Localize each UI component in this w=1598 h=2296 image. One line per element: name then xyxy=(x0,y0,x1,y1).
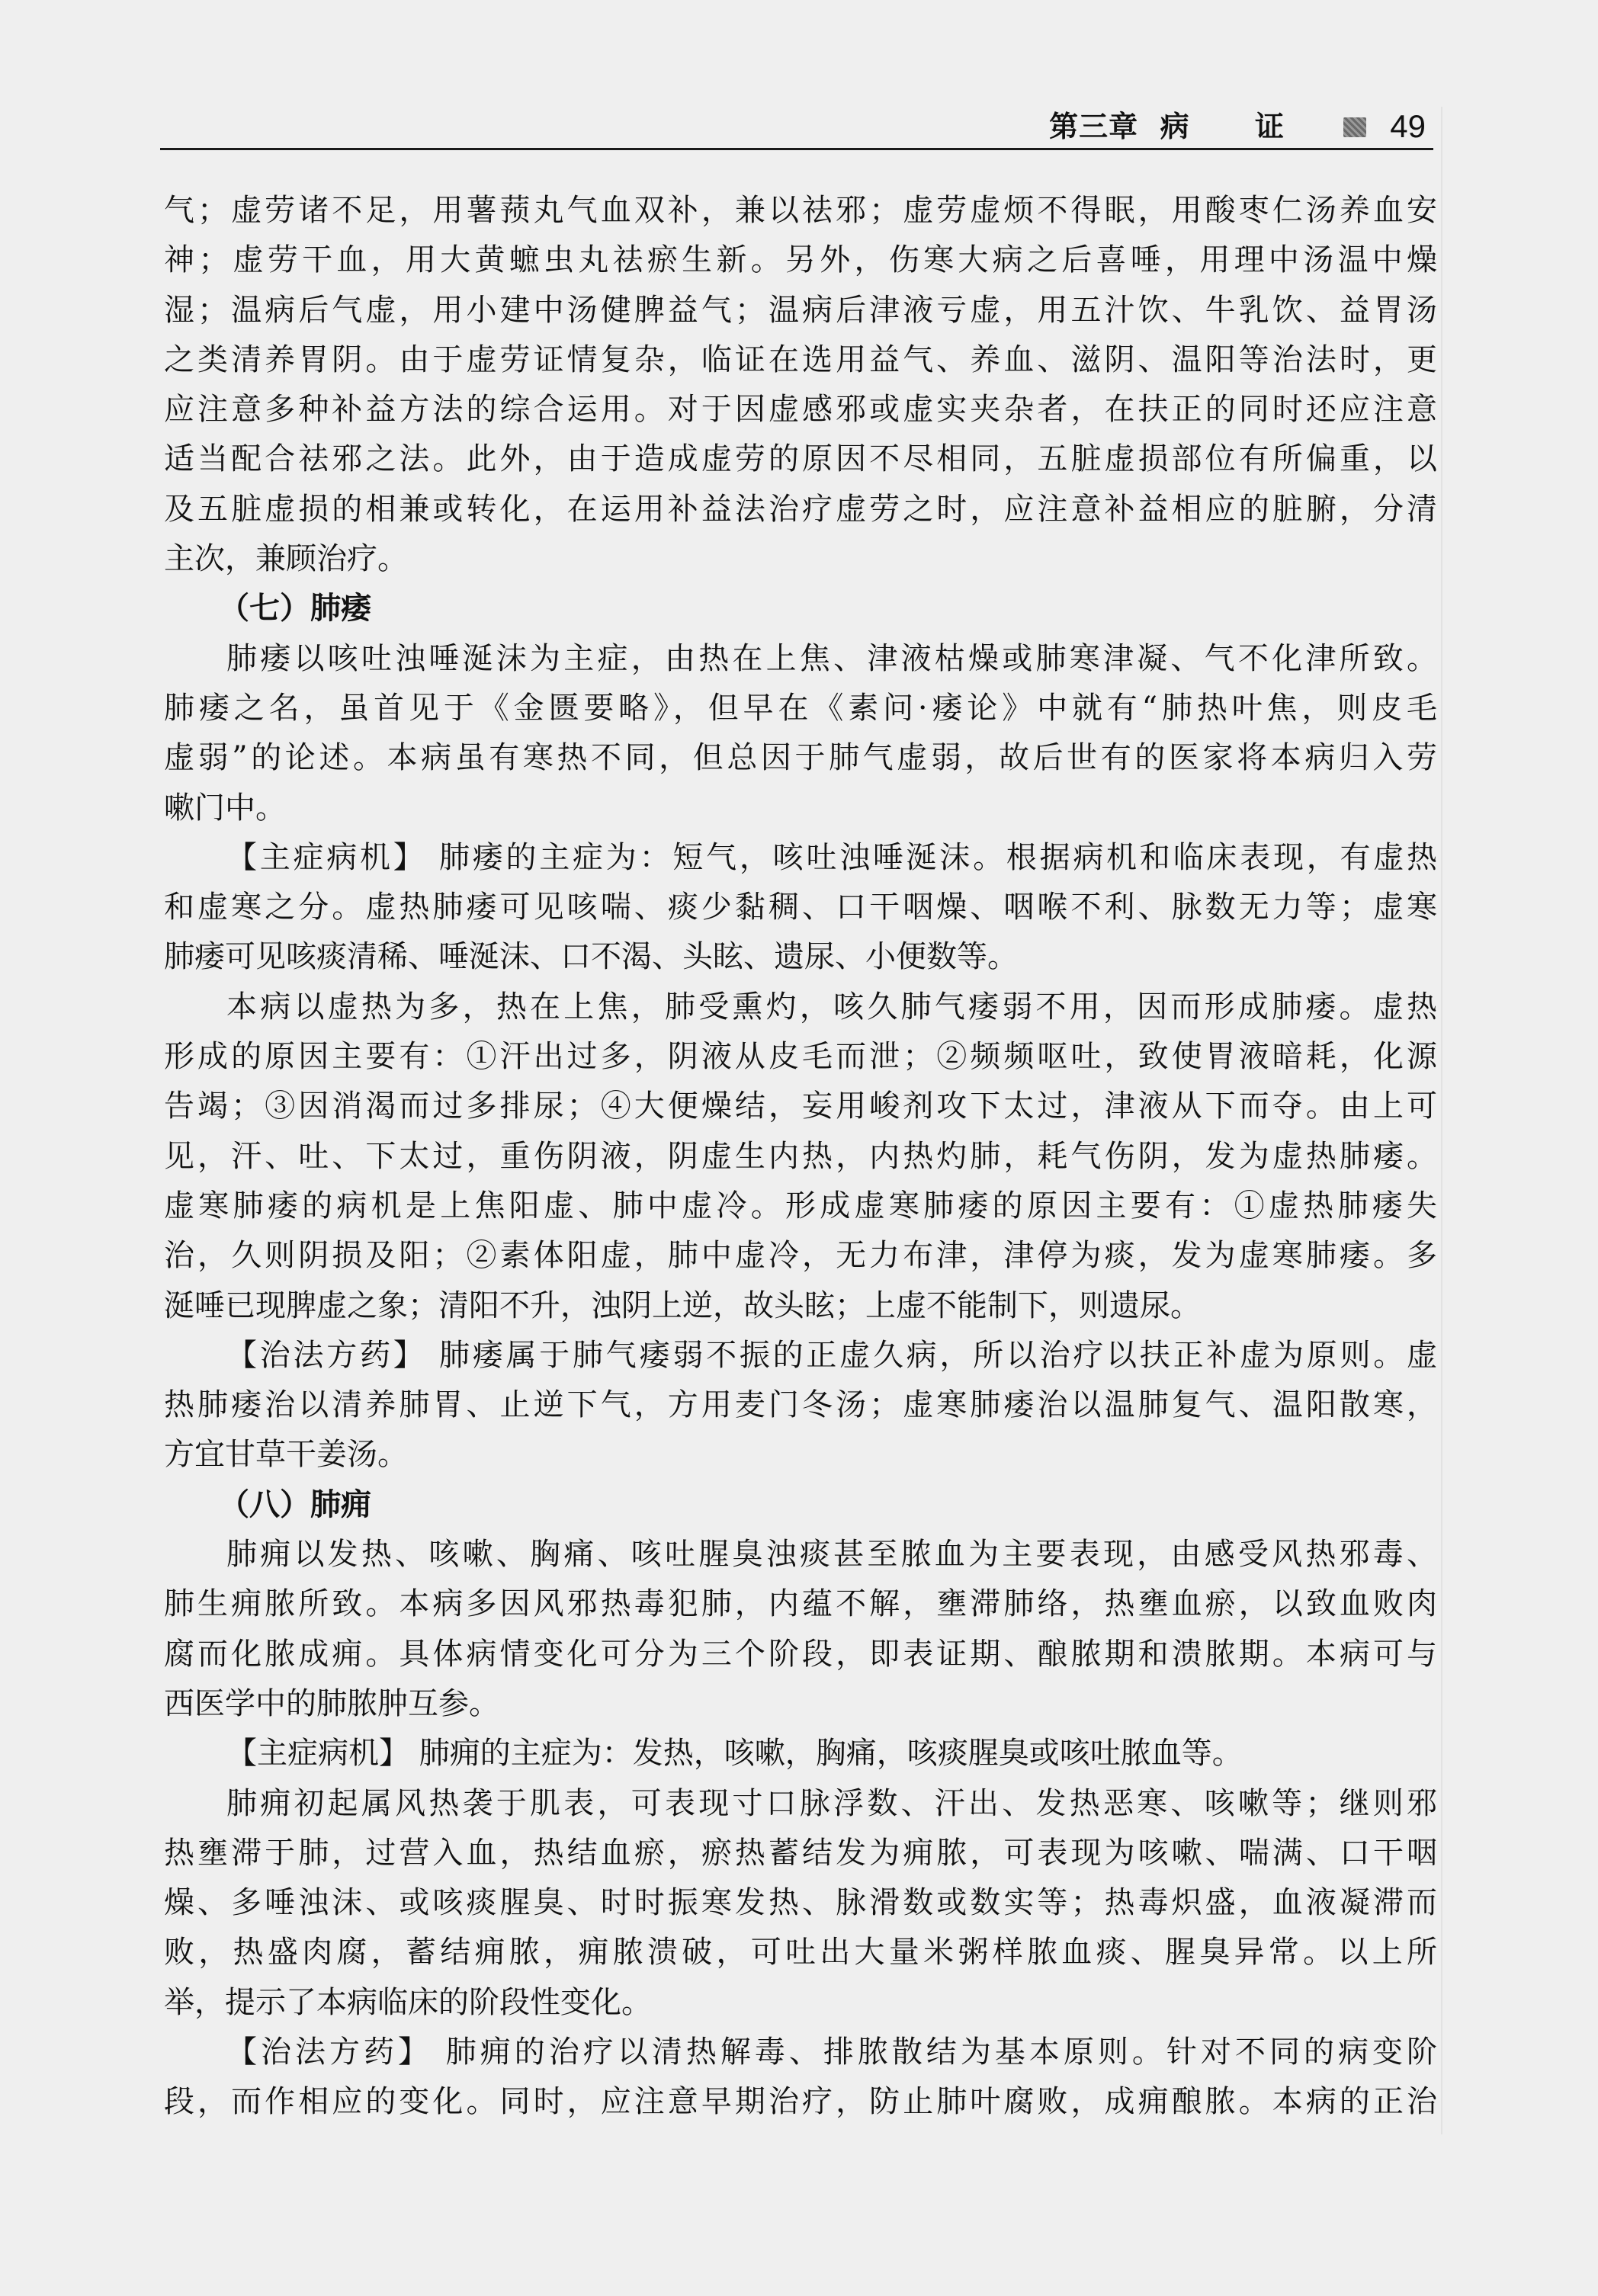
section-heading: （七）肺痿 xyxy=(164,584,1437,633)
text-line: 形成的原因主要有：①汗出过多，阴液从皮毛而泄；②频频呕吐，致使胃液暗耗，化源 xyxy=(164,1032,1437,1082)
text-line: 燥、多唾浊沫、或咳痰腥臭、时时振寒发热、脉滑数或数实等；热毒炽盛，血液凝滞而 xyxy=(164,1878,1437,1928)
text-line: 适当配合祛邪之法。此外，由于造成虚劳的原因不尽相同，五脏虚损部位有所偏重，以 xyxy=(164,435,1437,484)
text-line: 举，提示了本病临床的阶段性变化。 xyxy=(164,1978,1437,2028)
text-line: 肺痿可见咳痰清稀、唾涎沫、口不渴、头眩、遗尿、小便数等。 xyxy=(164,932,1437,982)
page-number: 49 xyxy=(1390,105,1426,148)
text-line: 之类清养胃阴。由于虚劳证情复杂，临证在选用益气、养血、滋阴、温阳等治法时，更 xyxy=(164,335,1437,385)
text-line: 气；虚劳诸不足，用薯蓣丸气血双补，兼以祛邪；虚劳虚烦不得眠，用酸枣仁汤养血安 xyxy=(164,186,1437,236)
section-heading: （八）肺痈 xyxy=(164,1480,1437,1530)
text-line: 神；虚劳干血，用大黄蟅虫丸祛瘀生新。另外，伤寒大病之后喜唾，用理中汤温中燥 xyxy=(164,236,1437,285)
body-text: 气；虚劳诸不足，用薯蓣丸气血双补，兼以祛邪；虚劳虚烦不得眠，用酸枣仁汤养血安神；… xyxy=(164,186,1437,2128)
text-line: 肺生痈脓所致。本病多因风邪热毒犯肺，内蕴不解，壅滞肺络，热壅血瘀，以致血败肉 xyxy=(164,1579,1437,1629)
header-square-ornament-icon xyxy=(1343,117,1366,137)
text-line: 热肺痿治以清养肺胃、止逆下气，方用麦门冬汤；虚寒肺痿治以温肺复气、温阳散寒， xyxy=(164,1380,1437,1430)
text-line: 应注意多种补益方法的综合运用。对于因虚感邪或虚实夹杂者，在扶正的同时还应注意 xyxy=(164,385,1437,435)
paragraph-first-line: 【治法方药】 肺痈的治疗以清热解毒、排脓散结为基本原则。针对不同的病变阶 xyxy=(164,2028,1437,2077)
page-edge-line xyxy=(1441,107,1442,2134)
text-line: 告竭；③因消渴而过多排尿；④大便燥结，妄用峻剂攻下太过，津液从下而夺。由上可 xyxy=(164,1082,1437,1131)
chapter-title: 第三章 病 证 xyxy=(1049,105,1285,148)
text-line: 段，而作相应的变化。同时，应注意早期治疗，防止肺叶腐败，成痈酿脓。本病的正治 xyxy=(164,2077,1437,2127)
paragraph-first-line: 【治法方药】 肺痿属于肺气痿弱不振的正虚久病，所以治疗以扶正补虚为原则。虚 xyxy=(164,1331,1437,1380)
text-line: 肺痿之名，虽首见于《金匮要略》，但早在《素问·痿论》中就有“肺热叶焦，则皮毛 xyxy=(164,684,1437,733)
header-rule xyxy=(160,148,1433,150)
paragraph-first-line: 肺痿以咳吐浊唾涎沫为主症，由热在上焦、津液枯燥或肺寒津凝、气不化津所致。 xyxy=(164,634,1437,684)
text-line: 败，热盛肉腐，蓄结痈脓，痈脓溃破，可吐出大量米粥样脓血痰、腥臭异常。以上所 xyxy=(164,1928,1437,1977)
paragraph-first-line: 【主症病机】 肺痈的主症为：发热，咳嗽，胸痛，咳痰腥臭或咳吐脓血等。 xyxy=(164,1729,1437,1778)
text-line: 热壅滞于肺，过营入血，热结血瘀，瘀热蓄结发为痈脓，可表现为咳嗽、喘满、口干咽 xyxy=(164,1829,1437,1878)
book-page: 第三章 病 证 49 气；虚劳诸不足，用薯蓣丸气血双补，兼以祛邪；虚劳虚烦不得眠… xyxy=(0,0,1598,2296)
paragraph-first-line: 肺痈以发热、咳嗽、胸痛、咳吐腥臭浊痰甚至脓血为主要表现，由感受风热邪毒、 xyxy=(164,1530,1437,1579)
text-line: 腐而化脓成痈。具体病情变化可分为三个阶段，即表证期、酿脓期和溃脓期。本病可与 xyxy=(164,1630,1437,1679)
text-line: 虚寒肺痿的病机是上焦阳虚、肺中虚冷。形成虚寒肺痿的原因主要有：①虚热肺痿失 xyxy=(164,1182,1437,1231)
text-line: 方宜甘草干姜汤。 xyxy=(164,1430,1437,1480)
text-line: 涎唾已现脾虚之象；清阳不升，浊阴上逆，故头眩；上虚不能制下，则遗尿。 xyxy=(164,1281,1437,1331)
text-line: 治，久则阴损及阳；②素体阳虚，肺中虚冷，无力布津，津停为痰，发为虚寒肺痿。多 xyxy=(164,1231,1437,1281)
text-line: 虚弱”的论述。本病虽有寒热不同，但总因于肺气虚弱，故后世有的医家将本病归入劳 xyxy=(164,733,1437,783)
running-header: 第三章 病 证 49 xyxy=(160,105,1433,148)
text-line: 嗽门中。 xyxy=(164,784,1437,833)
text-line: 湿；温病后气虚，用小建中汤健脾益气；温病后津液亏虚，用五汁饮、牛乳饮、益胃汤 xyxy=(164,286,1437,335)
text-line: 及五脏虚损的相兼或转化，在运用补益法治疗虚劳之时，应注意补益相应的脏腑，分清 xyxy=(164,485,1437,534)
paragraph-first-line: 肺痈初起属风热袭于肌表，可表现寸口脉浮数、汗出、发热恶寒、咳嗽等；继则邪 xyxy=(164,1779,1437,1829)
text-line: 和虚寒之分。虚热肺痿可见咳喘、痰少黏稠、口干咽燥、咽喉不利、脉数无力等；虚寒 xyxy=(164,883,1437,932)
text-line: 见，汗、吐、下太过，重伤阴液，阴虚生内热，内热灼肺，耗气伤阴，发为虚热肺痿。 xyxy=(164,1132,1437,1182)
paragraph-first-line: 【主症病机】 肺痿的主症为：短气，咳吐浊唾涎沫。根据病机和临床表现，有虚热 xyxy=(164,833,1437,883)
text-line: 西医学中的肺脓肿互参。 xyxy=(164,1679,1437,1729)
text-line: 主次，兼顾治疗。 xyxy=(164,534,1437,584)
paragraph-first-line: 本病以虚热为多，热在上焦，肺受熏灼，咳久肺气痿弱不用，因而形成肺痿。虚热 xyxy=(164,983,1437,1032)
